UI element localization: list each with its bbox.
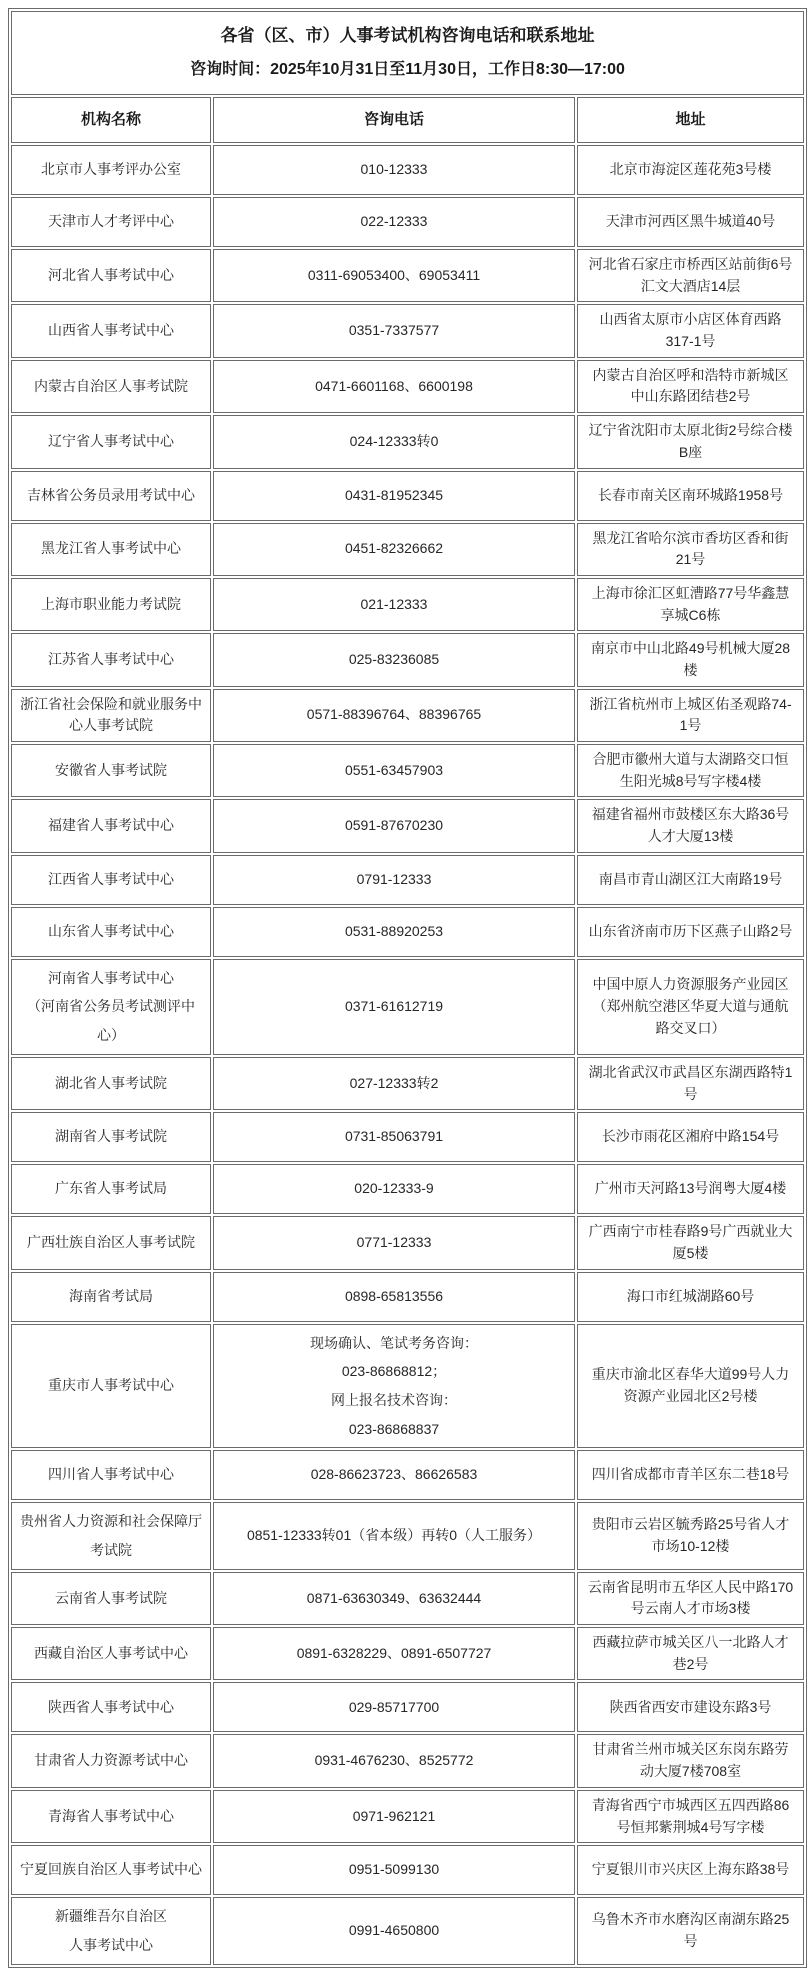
address-cell: 合肥市徽州大道与太湖路交口恒生阳光城8号写字楼4楼 <box>577 744 804 797</box>
address-cell: 南昌市青山湖区江大南路19号 <box>577 855 804 905</box>
table-row: 甘肃省人力资源考试中心 0931-4676230、8525772 甘肃省兰州市城… <box>11 1734 804 1787</box>
address-cell: 宁夏银川市兴庆区上海东路38号 <box>577 1845 804 1895</box>
page: 各省（区、市）人事考试机构咨询电话和联系地址 咨询时间：2025年10月31日至… <box>0 0 811 1976</box>
org-name-cell: 河南省人事考试中心 （河南省公务员考试测评中心） <box>11 959 211 1055</box>
address-cell: 海口市红城湖路60号 <box>577 1272 804 1322</box>
table-row: 安徽省人事考试院 0551-63457903 合肥市徽州大道与太湖路交口恒生阳光… <box>11 744 804 797</box>
address-cell: 上海市徐汇区虹漕路77号华鑫慧享城C6栋 <box>577 578 804 631</box>
table-row: 云南省人事考试院 0871-63630349、63632444 云南省昆明市五华… <box>11 1572 804 1625</box>
address-cell: 山东省济南市历下区燕子山路2号 <box>577 907 804 957</box>
table-row: 广东省人事考试局 020-12333-9 广州市天河路13号润粤大厦4楼 <box>11 1164 804 1214</box>
table-row: 山西省人事考试中心 0351-7337577 山西省太原市小店区体育西路317-… <box>11 304 804 357</box>
address-cell: 福建省福州市鼓楼区东大路36号人才大厦13楼 <box>577 799 804 852</box>
phone-cell: 0871-63630349、63632444 <box>213 1572 575 1625</box>
address-cell: 广州市天河路13号润粤大厦4楼 <box>577 1164 804 1214</box>
table-row: 江西省人事考试中心 0791-12333 南昌市青山湖区江大南路19号 <box>11 855 804 905</box>
address-cell: 浙江省杭州市上城区佑圣观路74-1号 <box>577 689 804 742</box>
org-name-cell: 辽宁省人事考试中心 <box>11 415 211 468</box>
phone-cell: 0791-12333 <box>213 855 575 905</box>
table-row: 陕西省人事考试中心 029-85717700 陕西省西安市建设东路3号 <box>11 1682 804 1732</box>
address-cell: 广西南宁市桂春路9号广西就业大厦5楼 <box>577 1216 804 1269</box>
address-cell: 内蒙古自治区呼和浩特市新城区中山东路团结巷2号 <box>577 360 804 413</box>
table-row: 河南省人事考试中心 （河南省公务员考试测评中心） 0371-61612719 中… <box>11 959 804 1055</box>
org-name-cell: 湖南省人事考试院 <box>11 1112 211 1162</box>
phone-cell: 0971-962121 <box>213 1790 575 1843</box>
column-header-org-name: 机构名称 <box>11 97 211 143</box>
org-name-cell: 西藏自治区人事考试中心 <box>11 1627 211 1680</box>
org-name-cell: 贵州省人力资源和社会保障厅 考试院 <box>11 1502 211 1569</box>
org-name-cell: 陕西省人事考试中心 <box>11 1682 211 1732</box>
phone-cell: 010-12333 <box>213 145 575 195</box>
org-name-cell: 江西省人事考试中心 <box>11 855 211 905</box>
column-header-address: 地址 <box>577 97 804 143</box>
org-name-cell: 海南省考试局 <box>11 1272 211 1322</box>
address-cell: 四川省成都市青羊区东二巷18号 <box>577 1450 804 1500</box>
phone-cell: 0851-12333转01（省本级）再转0（人工服务） <box>213 1502 575 1569</box>
address-cell: 辽宁省沈阳市太原北街2号综合楼B座 <box>577 415 804 468</box>
phone-cell: 0951-5099130 <box>213 1845 575 1895</box>
table-body: 各省（区、市）人事考试机构咨询电话和联系地址 咨询时间：2025年10月31日至… <box>11 11 804 1965</box>
org-name-cell: 云南省人事考试院 <box>11 1572 211 1625</box>
org-name-cell: 山西省人事考试中心 <box>11 304 211 357</box>
phone-cell: 现场确认、笔试考务咨询： 023-86868812； 网上报名技术咨询： 023… <box>213 1324 575 1449</box>
org-name-cell: 内蒙古自治区人事考试院 <box>11 360 211 413</box>
column-header-row: 机构名称 咨询电话 地址 <box>11 97 804 143</box>
title-row: 各省（区、市）人事考试机构咨询电话和联系地址 咨询时间：2025年10月31日至… <box>11 11 804 95</box>
phone-cell: 0891-6328229、0891-6507727 <box>213 1627 575 1680</box>
address-cell: 北京市海淀区莲花苑3号楼 <box>577 145 804 195</box>
phone-cell: 025-83236085 <box>213 633 575 686</box>
table-row: 浙江省社会保险和就业服务中心人事考试院 0571-88396764、883967… <box>11 689 804 742</box>
phone-cell: 0898-65813556 <box>213 1272 575 1322</box>
org-name-cell: 重庆市人事考试中心 <box>11 1324 211 1449</box>
org-name-cell: 新疆维吾尔自治区 人事考试中心 <box>11 1897 211 1964</box>
phone-cell: 028-86623723、86626583 <box>213 1450 575 1500</box>
org-name-cell: 上海市职业能力考试院 <box>11 578 211 631</box>
phone-cell: 0451-82326662 <box>213 523 575 576</box>
phone-cell: 021-12333 <box>213 578 575 631</box>
table-row: 湖南省人事考试院 0731-85063791 长沙市雨花区湘府中路154号 <box>11 1112 804 1162</box>
phone-cell: 027-12333转2 <box>213 1057 575 1110</box>
org-name-cell: 四川省人事考试中心 <box>11 1450 211 1500</box>
phone-cell: 0731-85063791 <box>213 1112 575 1162</box>
table-row: 湖北省人事考试院 027-12333转2 湖北省武汉市武昌区东湖西路特1号 <box>11 1057 804 1110</box>
org-name-cell: 北京市人事考评办公室 <box>11 145 211 195</box>
phone-cell: 0991-4650800 <box>213 1897 575 1964</box>
address-cell: 长春市南关区南环城路1958号 <box>577 471 804 521</box>
table-row: 内蒙古自治区人事考试院 0471-6601168、6600198 内蒙古自治区呼… <box>11 360 804 413</box>
page-title: 各省（区、市）人事考试机构咨询电话和联系地址 <box>22 19 793 55</box>
phone-cell: 020-12333-9 <box>213 1164 575 1214</box>
org-name-cell: 青海省人事考试中心 <box>11 1790 211 1843</box>
org-name-cell: 广东省人事考试局 <box>11 1164 211 1214</box>
phone-cell: 022-12333 <box>213 197 575 247</box>
address-cell: 西藏拉萨市城关区八一北路人才巷2号 <box>577 1627 804 1680</box>
phone-cell: 0551-63457903 <box>213 744 575 797</box>
phone-cell: 0591-87670230 <box>213 799 575 852</box>
phone-cell: 0311-69053400、69053411 <box>213 249 575 302</box>
phone-cell: 0431-81952345 <box>213 471 575 521</box>
table-row: 江苏省人事考试中心 025-83236085 南京市中山北路49号机械大厦28楼 <box>11 633 804 686</box>
address-cell: 山西省太原市小店区体育西路317-1号 <box>577 304 804 357</box>
address-cell: 天津市河西区黑牛城道40号 <box>577 197 804 247</box>
address-cell: 陕西省西安市建设东路3号 <box>577 1682 804 1732</box>
phone-cell: 0571-88396764、88396765 <box>213 689 575 742</box>
contact-table: 各省（区、市）人事考试机构咨询电话和联系地址 咨询时间：2025年10月31日至… <box>8 8 807 1968</box>
phone-cell: 029-85717700 <box>213 1682 575 1732</box>
org-name-cell: 江苏省人事考试中心 <box>11 633 211 686</box>
table-row: 北京市人事考评办公室 010-12333 北京市海淀区莲花苑3号楼 <box>11 145 804 195</box>
address-cell: 湖北省武汉市武昌区东湖西路特1号 <box>577 1057 804 1110</box>
address-cell: 云南省昆明市五华区人民中路170号云南人才市场3楼 <box>577 1572 804 1625</box>
org-name-cell: 广西壮族自治区人事考试院 <box>11 1216 211 1269</box>
table-title-cell: 各省（区、市）人事考试机构咨询电话和联系地址 咨询时间：2025年10月31日至… <box>11 11 804 95</box>
address-cell: 贵阳市云岩区毓秀路25号省人才市场10-12楼 <box>577 1502 804 1569</box>
org-name-cell: 黑龙江省人事考试中心 <box>11 523 211 576</box>
table-row: 河北省人事考试中心 0311-69053400、69053411 河北省石家庄市… <box>11 249 804 302</box>
org-name-cell: 天津市人才考评中心 <box>11 197 211 247</box>
phone-cell: 0771-12333 <box>213 1216 575 1269</box>
address-cell: 中国中原人力资源服务产业园区（郑州航空港区华夏大道与通航路交叉口） <box>577 959 804 1055</box>
table-row: 山东省人事考试中心 0531-88920253 山东省济南市历下区燕子山路2号 <box>11 907 804 957</box>
table-row: 四川省人事考试中心 028-86623723、86626583 四川省成都市青羊… <box>11 1450 804 1500</box>
address-cell: 长沙市雨花区湘府中路154号 <box>577 1112 804 1162</box>
table-row: 上海市职业能力考试院 021-12333 上海市徐汇区虹漕路77号华鑫慧享城C6… <box>11 578 804 631</box>
address-cell: 黑龙江省哈尔滨市香坊区香和街21号 <box>577 523 804 576</box>
org-name-cell: 甘肃省人力资源考试中心 <box>11 1734 211 1787</box>
org-name-cell: 宁夏回族自治区人事考试中心 <box>11 1845 211 1895</box>
consult-time-subtitle: 咨询时间：2025年10月31日至11月30日，工作日8:30—17:00 <box>22 56 793 87</box>
address-cell: 青海省西宁市城西区五四西路86号恒邦紫荆城4号写字楼 <box>577 1790 804 1843</box>
phone-cell: 0531-88920253 <box>213 907 575 957</box>
org-name-cell: 吉林省公务员录用考试中心 <box>11 471 211 521</box>
phone-cell: 0351-7337577 <box>213 304 575 357</box>
org-name-cell: 湖北省人事考试院 <box>11 1057 211 1110</box>
table-row: 福建省人事考试中心 0591-87670230 福建省福州市鼓楼区东大路36号人… <box>11 799 804 852</box>
org-name-cell: 福建省人事考试中心 <box>11 799 211 852</box>
table-row: 西藏自治区人事考试中心 0891-6328229、0891-6507727 西藏… <box>11 1627 804 1680</box>
table-row: 广西壮族自治区人事考试院 0771-12333 广西南宁市桂春路9号广西就业大厦… <box>11 1216 804 1269</box>
table-row: 重庆市人事考试中心 现场确认、笔试考务咨询： 023-86868812； 网上报… <box>11 1324 804 1449</box>
table-row: 新疆维吾尔自治区 人事考试中心 0991-4650800 乌鲁木齐市水磨沟区南湖… <box>11 1897 804 1964</box>
phone-cell: 0371-61612719 <box>213 959 575 1055</box>
phone-cell: 0471-6601168、6600198 <box>213 360 575 413</box>
address-cell: 乌鲁木齐市水磨沟区南湖东路25号 <box>577 1897 804 1964</box>
org-name-cell: 山东省人事考试中心 <box>11 907 211 957</box>
org-name-cell: 安徽省人事考试院 <box>11 744 211 797</box>
address-cell: 河北省石家庄市桥西区站前街6号汇文大酒店14层 <box>577 249 804 302</box>
table-row: 天津市人才考评中心 022-12333 天津市河西区黑牛城道40号 <box>11 197 804 247</box>
table-row: 海南省考试局 0898-65813556 海口市红城湖路60号 <box>11 1272 804 1322</box>
column-header-phone: 咨询电话 <box>213 97 575 143</box>
org-name-cell: 河北省人事考试中心 <box>11 249 211 302</box>
table-row: 辽宁省人事考试中心 024-12333转0 辽宁省沈阳市太原北街2号综合楼B座 <box>11 415 804 468</box>
address-cell: 甘肃省兰州市城关区东岗东路劳动大厦7楼708室 <box>577 1734 804 1787</box>
phone-cell: 0931-4676230、8525772 <box>213 1734 575 1787</box>
table-row: 贵州省人力资源和社会保障厅 考试院 0851-12333转01（省本级）再转0（… <box>11 1502 804 1569</box>
table-row: 黑龙江省人事考试中心 0451-82326662 黑龙江省哈尔滨市香坊区香和街2… <box>11 523 804 576</box>
address-cell: 重庆市渝北区春华大道99号人力资源产业园北区2号楼 <box>577 1324 804 1449</box>
address-cell: 南京市中山北路49号机械大厦28楼 <box>577 633 804 686</box>
org-name-cell: 浙江省社会保险和就业服务中心人事考试院 <box>11 689 211 742</box>
table-row: 吉林省公务员录用考试中心 0431-81952345 长春市南关区南环城路195… <box>11 471 804 521</box>
phone-cell: 024-12333转0 <box>213 415 575 468</box>
table-row: 宁夏回族自治区人事考试中心 0951-5099130 宁夏银川市兴庆区上海东路3… <box>11 1845 804 1895</box>
table-row: 青海省人事考试中心 0971-962121 青海省西宁市城西区五四西路86号恒邦… <box>11 1790 804 1843</box>
